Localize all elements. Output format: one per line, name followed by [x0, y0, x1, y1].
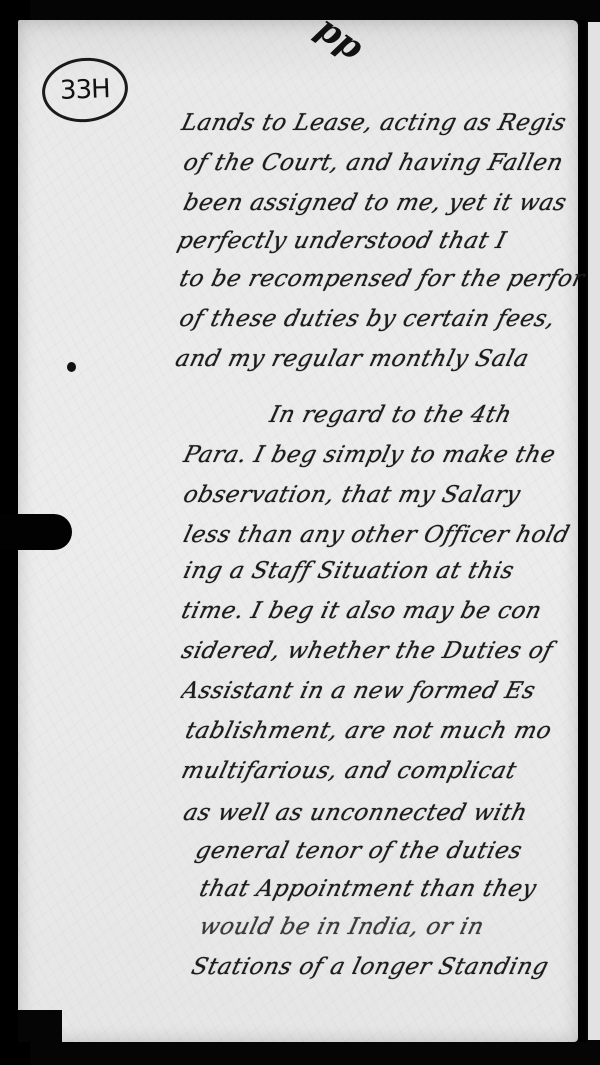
- text-line: Para. I beg simply to make the: [181, 442, 597, 468]
- text-line: that Appointment than they: [197, 876, 600, 902]
- text-line: been assigned to me, yet it was: [181, 190, 597, 216]
- text-line: of the Court, and having Fallen: [181, 150, 597, 176]
- text-line: tablishment, are not much mo: [183, 718, 599, 744]
- text-line: time. I beg it also may be con: [179, 598, 595, 624]
- text-line: and my regular monthly Sala: [173, 346, 589, 372]
- text-line: In regard to the 4th: [267, 402, 583, 428]
- ink-blot: [67, 362, 76, 372]
- text-line: of these duties by certain fees,: [177, 306, 593, 332]
- text-line: to be recompensed for the perfor: [177, 266, 593, 292]
- text-line: Assistant in a new formed Es: [179, 678, 595, 704]
- text-line: Stations of a longer Standing: [189, 954, 600, 980]
- page-edge-notch: [18, 1010, 62, 1042]
- text-line: as well as unconnected with: [181, 800, 597, 826]
- folio-number: 33H: [60, 74, 111, 106]
- text-line: sidered, whether the Duties of: [179, 638, 595, 664]
- text-line: ing a Staff Situation at this: [181, 558, 597, 584]
- text-line: Lands to Lease, acting as Regis: [179, 110, 595, 136]
- text-line: perfectly understood that I: [175, 228, 591, 254]
- text-line: general tenor of the duties: [193, 838, 600, 864]
- text-line: would be in India, or in: [197, 914, 600, 940]
- text-line: less than any other Officer hold: [181, 522, 597, 548]
- text-line: observation, that my Salary: [181, 482, 597, 508]
- binding-tab: [0, 514, 72, 550]
- text-line: multifarious, and complicat: [179, 758, 595, 784]
